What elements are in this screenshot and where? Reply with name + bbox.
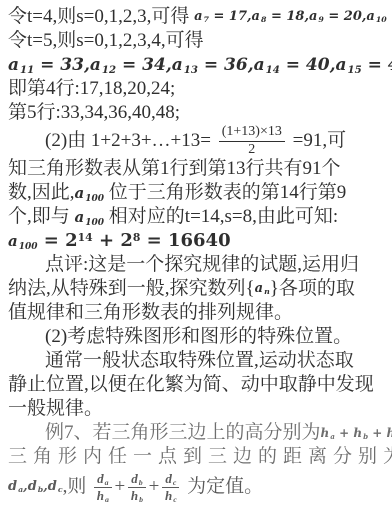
line9-tail: 相对应的t=14,s=8,由此可知: [104, 205, 338, 229]
math-sub: 100 [19, 242, 38, 252]
math-var: h [131, 488, 138, 503]
math-eq: + 2 [93, 230, 133, 251]
math-sub: 100 [85, 218, 104, 228]
line7-text: 知三角形数表从第1行到第13行共有91个 [8, 157, 341, 181]
line12-tail: }各项的取 [270, 277, 355, 301]
line20-tail: 为定值。 [182, 475, 263, 499]
line11-text: 点评:这是一个探究规律的试题,运用归 [45, 253, 359, 277]
math-powers: = 214 + 28 = 16640 [38, 229, 231, 253]
math-eq: = 17, [209, 9, 252, 24]
line13-text: 值规律和三角形数表的排列规律。 [8, 301, 293, 325]
math-var: d [131, 471, 138, 486]
formula-a11-a15: a11 = 33,a12 = 34,a13 = 36,a14 = 40,a15 … [8, 53, 392, 77]
math-var: h [321, 426, 330, 440]
comment-line-3: 值规律和三角形数表的排列规律。 [8, 301, 388, 325]
math-eq: = 20, [324, 9, 367, 24]
document-page: 令t=4,则s=0,1,2,3,可得 a7 = 17,a8 = 18,a9 = … [0, 0, 392, 505]
math-exponent: 14 [78, 231, 93, 244]
line18-text: 例7、若三角形三边上的高分别为 [45, 421, 321, 445]
math-var: a [309, 9, 317, 24]
solution-line-2: 令t=5,则s=0,1,2,3,4,可得 [8, 29, 388, 53]
math-var: a [255, 281, 263, 296]
line9-text: 个,即与 [8, 205, 75, 229]
math-sub: b [139, 478, 143, 487]
math-eq: = 24 [387, 9, 392, 24]
math-a100: a100 [75, 181, 105, 205]
math-sub: 14 [266, 64, 280, 76]
math-var: a [172, 55, 183, 75]
example7-line-2: 三角形内任一点到三边的距离分别为 [8, 445, 388, 469]
solution-line-9: 个,即与 a100 相对应的t=14,s=8,由此可知: [8, 205, 388, 229]
solution-line-5: 第5行:33,34,36,40,48; [8, 101, 388, 125]
line19-text: 三角形内任一点到三边的距离分别为 [8, 445, 392, 469]
math-var: h [165, 488, 172, 503]
fraction-denominator: ha [97, 488, 109, 503]
math-plus: + [335, 426, 353, 440]
fraction-numerator: (1+13)×13 [219, 125, 285, 142]
solution-line-1: 令t=4,则s=0,1,2,3,可得 a7 = 17,a8 = 18,a9 = … [8, 5, 388, 29]
math-eq: = 36, [198, 55, 254, 75]
math-var: a [366, 9, 374, 24]
section-line-2: 通常一般状态取特殊位置,运动状态取 [8, 349, 388, 373]
math-var: h [97, 488, 104, 503]
math-var: a [75, 184, 85, 202]
math-var: h [353, 426, 362, 440]
line20-mid: ,则 [63, 475, 92, 499]
line2-text: 令t=5,则s=0,1,2,3,4,可得 [8, 29, 204, 53]
section-line-1: (2)考虑特殊图形和图形的特殊位置。 [8, 325, 388, 349]
math-var: h [387, 426, 392, 440]
math-sub: c [173, 495, 176, 504]
line14-text: (2)考虑特殊图形和图形的特殊位置。 [45, 325, 352, 349]
fraction-denominator: 2 [248, 142, 255, 158]
example7-line-3: da,db,dc ,则 daha + dbhb + dchc 为定值。 [8, 469, 388, 505]
math-sub: a [105, 495, 109, 504]
line17-text: 一般规律。 [8, 397, 103, 421]
example7-line-1: 例7、若三角形三边上的高分别为 ha + hb + hc, [8, 421, 388, 445]
math-eq: = 16640 [140, 230, 230, 251]
section-line-4: 一般规律。 [8, 397, 388, 421]
math-var: a [8, 232, 18, 250]
math-var: d [8, 479, 17, 494]
fraction-denominator: hc [165, 488, 177, 503]
math-an: an [255, 277, 270, 301]
math-sub: 10 [376, 15, 387, 24]
math-eq: = 40, [280, 55, 336, 75]
math-a100: a100 [75, 205, 105, 229]
math-var: d [28, 479, 37, 494]
fraction-db-hb: dbhb [128, 472, 145, 502]
line8-text: 数,因此, [8, 181, 75, 205]
solution-line-3: a11 = 33,a12 = 34,a13 = 36,a14 = 40,a15 … [8, 53, 388, 77]
math-var: a [254, 55, 265, 75]
math-eq: = 2 [38, 230, 78, 251]
fraction-denominator: hb [131, 488, 143, 503]
math-var: a [252, 9, 260, 24]
line15-text: 通常一般状态取特殊位置,运动状态取 [45, 349, 354, 373]
math-sub: 11 [20, 64, 34, 76]
line6-tail: =91,可 [288, 129, 346, 153]
math-plus: + [149, 475, 160, 499]
section-line-3: 静止位置,以便在化繁为简、动中取静中发现 [8, 373, 388, 397]
math-sub: c [173, 478, 176, 487]
line5-text: 第5行:33,34,36,40,48; [8, 101, 180, 125]
fraction-dc-hc: dchc [162, 472, 179, 502]
math-var: a [75, 208, 85, 226]
math-eq: = 48 [362, 55, 392, 75]
formula-distances: da,db,dc [8, 475, 63, 499]
math-sub: 15 [348, 64, 362, 76]
math-sub: 13 [184, 64, 198, 76]
math-sub: 12 [102, 64, 116, 76]
math-eq: = 34, [116, 55, 172, 75]
math-sub: 100 [85, 194, 104, 204]
math-var: d [97, 471, 104, 486]
line8-tail: 位于三角形数表的第14行第9 [104, 181, 346, 205]
line1-text: 令t=4,则s=0,1,2,3,可得 [8, 5, 194, 29]
fraction-da-ha: daha [94, 472, 111, 502]
math-eq: = 33, [34, 55, 90, 75]
fraction-numerator: da [94, 472, 111, 488]
fraction-sum: (1+13)×132 [219, 125, 285, 157]
math-var: a [8, 55, 19, 75]
math-a100: a100 [8, 229, 38, 253]
line6-text: (2)由 1+2+3+…+13= [45, 129, 216, 153]
line16-text: 静止位置,以便在化繁为简、动中取静中发现 [8, 373, 374, 397]
math-plus: + [115, 475, 126, 499]
math-var: a [194, 9, 202, 24]
formula-a7-a10: a7 = 17,a8 = 18,a9 = 20,a10 = 24 [194, 5, 392, 29]
solution-line-7: 知三角形数表从第1行到第13行共有91个 [8, 157, 388, 181]
math-var: d [165, 471, 172, 486]
fraction-numerator: dc [162, 472, 179, 488]
solution-line-6: (2)由 1+2+3+…+13= (1+13)×132 =91,可 [8, 125, 388, 157]
solution-line-4: 即第4行:17,18,20,24; [8, 77, 388, 101]
math-var: a [336, 55, 347, 75]
math-sub: b [139, 495, 143, 504]
formula-heights: ha + hb + hc, [321, 421, 392, 445]
fraction-numerator: db [128, 472, 145, 488]
math-plus: + [368, 426, 386, 440]
comment-line-2: 纳法,从特殊到一般,探究数列{ an }各项的取 [8, 277, 388, 301]
comment-line-1: 点评:这是一个探究规律的试题,运用归 [8, 253, 388, 277]
math-var: d [48, 479, 57, 494]
solution-line-8: 数,因此, a100 位于三角形数表的第14行第9 [8, 181, 388, 205]
math-eq: = 18, [266, 9, 309, 24]
math-sub: a [105, 478, 109, 487]
line12-text: 纳法,从特殊到一般,探究数列{ [8, 277, 255, 301]
math-var: a [90, 55, 101, 75]
line4-text: 即第4行:17,18,20,24; [8, 77, 175, 101]
solution-line-10: a100 = 214 + 28 = 16640 [8, 229, 388, 253]
